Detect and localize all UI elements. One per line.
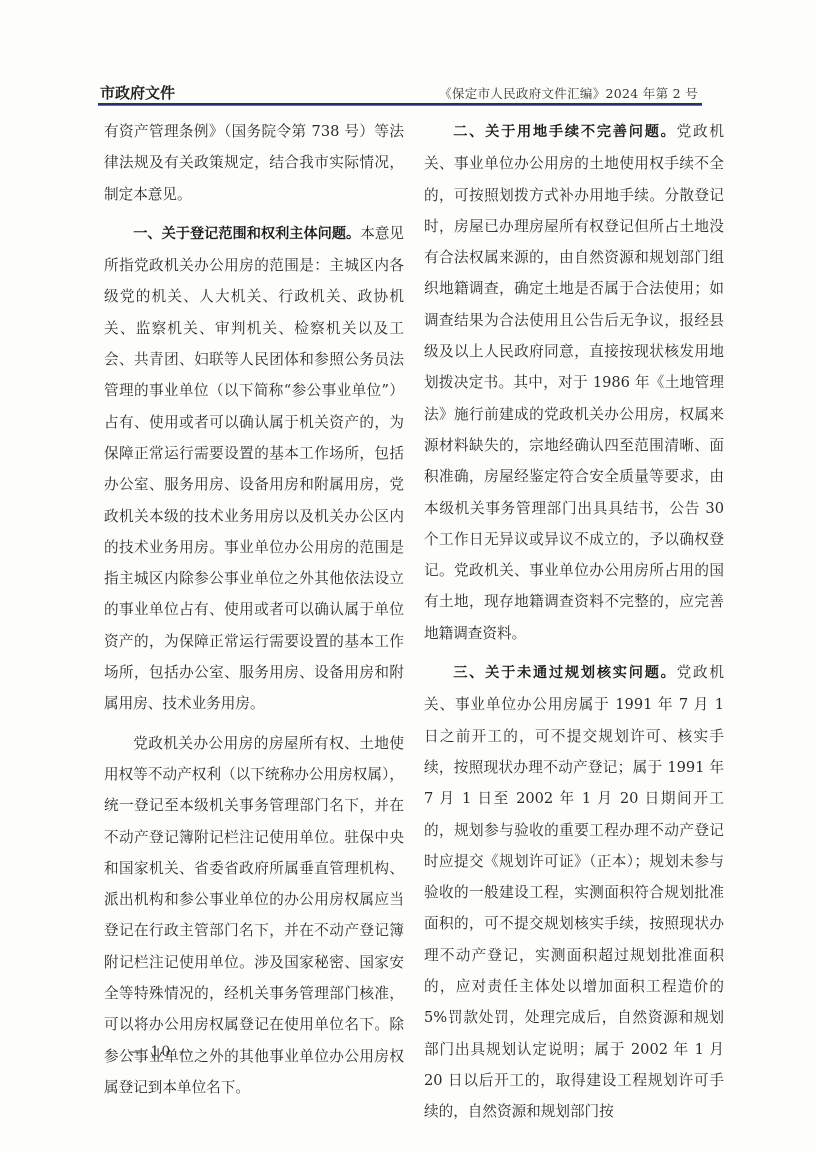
section-two-paragraph: 二、关于用地手续不完善问题。党政机关、事业单位办公用房的土地使用权手续不全的，可…	[424, 116, 724, 649]
section-three-body: 党政机关、事业单位办公用房属于 1991 年 7 月 1 日之前开工的，可不提交…	[424, 664, 724, 1120]
section-title: 市政府文件	[100, 82, 175, 103]
section-three-paragraph: 三、关于未通过规划核实问题。党政机关、事业单位办公用房属于 1991 年 7 月…	[424, 657, 724, 1127]
publication-title: 《保定市人民政府文件汇编》2024 年第 2 号	[439, 84, 698, 102]
page-number: — 10 —	[128, 1044, 195, 1060]
section-one-body: 本意见所指党政机关办公用房的范围是：主城区内各级党的机关、人大机关、行政机关、政…	[104, 225, 404, 712]
section-two-body: 党政机关、事业单位办公用房的土地使用权手续不全的，可按照划拨方式补办用地手续。分…	[424, 123, 724, 642]
header-divider	[98, 103, 702, 106]
intro-paragraph-continued: 有资产管理条例》（国务院令第 738 号）等法律法规及有关政策规定，结合我市实际…	[104, 116, 404, 210]
section-one-heading: 一、关于登记范围和权利主体问题。	[133, 226, 360, 242]
section-three-heading: 三、关于未通过规划核实问题。	[453, 665, 676, 681]
right-column: 二、关于用地手续不完善问题。党政机关、事业单位办公用房的土地使用权手续不全的，可…	[424, 116, 724, 1128]
left-column: 有资产管理条例》（国务院令第 738 号）等法律法规及有关政策规定，结合我市实际…	[104, 116, 404, 1103]
section-two-heading: 二、关于用地手续不完善问题。	[453, 124, 676, 140]
section-one-paragraph: 一、关于登记范围和权利主体问题。本意见所指党政机关办公用房的范围是：主城区内各级…	[104, 218, 404, 720]
page-header: 市政府文件 《保定市人民政府文件汇编》2024 年第 2 号	[98, 80, 700, 104]
